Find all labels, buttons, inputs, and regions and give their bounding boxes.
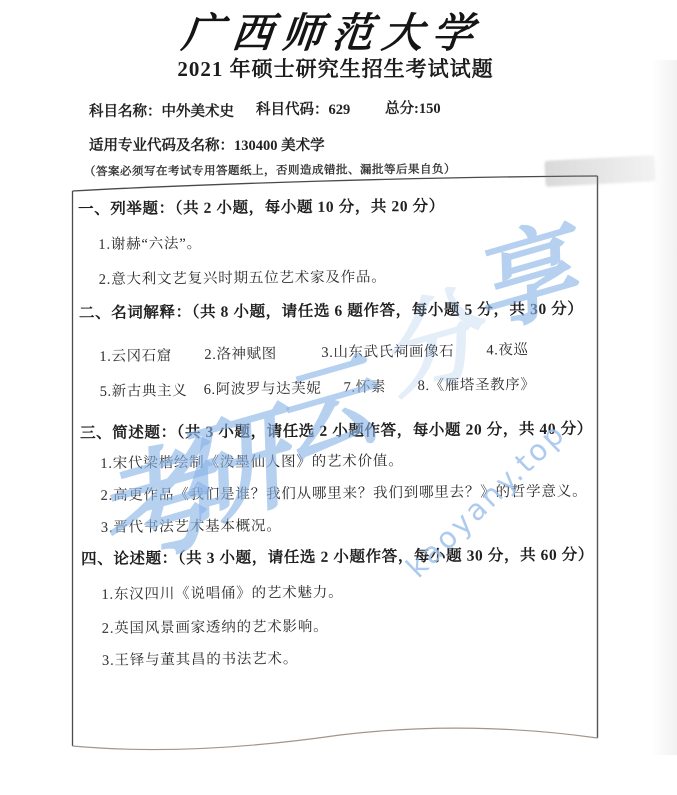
section-3-heading-label: 三、简述题： — [80, 424, 177, 442]
term-item: 2.洛神赋图 — [204, 342, 277, 364]
question-item: 3.王铎与董其昌的书法艺术。 — [102, 647, 298, 670]
section-4-heading: 四、论述题：（共 3 小题，请任选 2 小题作答，每小题 30 分，共 60 分… — [81, 543, 594, 569]
question-item: 1.东汉四川《说唱俑》的艺术魅力。 — [101, 581, 343, 604]
section-3-heading-note: （共 3 小题，请任选 2 小题作答，每小题 20 分，共 40 分） — [177, 421, 593, 442]
question-item: 3.晋代书法艺术基本概况。 — [101, 514, 282, 537]
term-item: 6.阿波罗与达芙妮 — [204, 377, 322, 399]
section-4-heading-label: 四、论述题： — [81, 550, 178, 568]
question-item: 2.英国风景画家透纳的艺术影响。 — [102, 615, 329, 638]
section-4-heading-note: （共 3 小题，请任选 2 小题作答，每小题 30 分，共 60 分） — [178, 547, 594, 568]
term-item: 5.新古典主义 — [100, 379, 188, 401]
section-1-heading: 一、列举题：（共 2 小题，每小题 10 分，共 20 分） — [78, 194, 445, 219]
question-item: 1.宋代梁楷绘制《泼墨仙人图》的艺术价值。 — [100, 449, 403, 473]
term-item: 1.云冈石窟 — [99, 344, 172, 366]
scan-page-edge — [651, 60, 677, 755]
term-item: 7.怀素 — [344, 375, 386, 396]
question-content: 一、列举题：（共 2 小题，每小题 10 分，共 20 分） 1.谢赫“六法”。… — [0, 0, 677, 795]
question-item: 2.高更作品《我们是谁？我们从哪里来？我们到哪里去？》的哲学意义。 — [100, 480, 587, 505]
section-2-heading-label: 二、名词解释： — [79, 304, 192, 322]
section-2-heading: 二、名词解释：（共 8 小题，请任选 6 题作答，每小题 5 分，共 30 分） — [79, 297, 584, 323]
exam-paper-page: 广西师范大学 2021 年硕士研究生招生考试试题 科目名称：中外美术史 科目代码… — [0, 0, 677, 795]
term-item: 3.山东武氏祠画像石 — [321, 340, 454, 362]
term-item: 4.夜巡 — [486, 338, 528, 359]
question-item: 2.意大利文艺复兴时期五位艺术家及作品。 — [99, 265, 387, 289]
question-item: 1.谢赫“六法”。 — [98, 232, 202, 254]
section-1-heading-note: （共 2 小题，每小题 10 分，共 20 分） — [175, 198, 445, 217]
term-item: 8.《雁塔圣教序》 — [418, 373, 536, 395]
section-1-heading-label: 一、列举题： — [78, 200, 175, 218]
section-2-heading-note: （共 8 小题，请任选 6 题作答，每小题 5 分，共 30 分） — [192, 301, 584, 321]
section-3-heading: 三、简述题：（共 3 小题，请任选 2 小题作答，每小题 20 分，共 40 分… — [80, 417, 593, 443]
